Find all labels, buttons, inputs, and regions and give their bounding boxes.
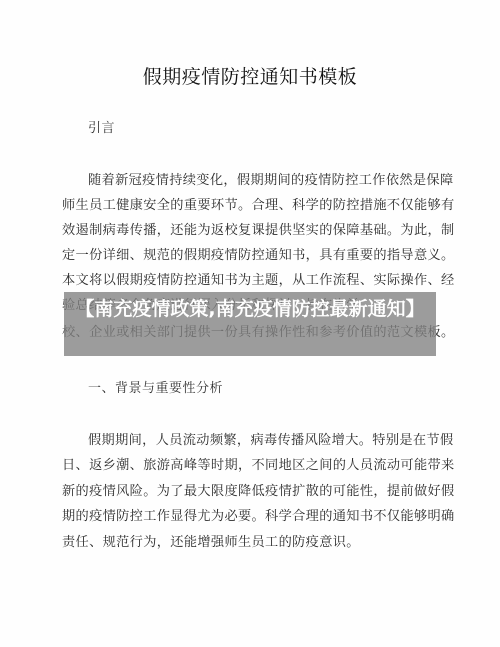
paragraph-line: 随着新冠疫情持续变化，假期期间的疫情防控工作依然是保障	[88, 173, 468, 189]
paragraph-line: 期的疫情防控工作显得尤为必要。科学合理的通知书不仅能够明确	[62, 509, 442, 525]
paragraph-line: 假期期间，人员流动频繁，病毒传播风险增大。特别是在节假	[88, 433, 468, 449]
paragraph-line: 新的疫情风险。为了最大限度降低疫情扩散的可能性，提前做好假	[62, 484, 442, 500]
section-heading-background: 一、背景与重要性分析	[88, 381, 223, 397]
paragraph-line: 日、返乡潮、旅游高峰等时期，不同地区之间的人员流动可能带来	[62, 458, 442, 474]
document-page: 假期疫情防控通知书模板 引言 随着新冠疫情持续变化，假期期间的疫情防控工作依然是…	[0, 0, 500, 647]
paragraph-line: 责任、规范行为，还能增强师生员工的防疫意识。	[62, 535, 442, 551]
document-title: 假期疫情防控通知书模板	[0, 62, 500, 89]
paragraph-line: 本文将以假期疫情防控通知书为主题，从工作流程、实际操作、经	[62, 273, 442, 289]
paragraph-line: 定一份详细、规范的假期疫情防控通知书，具有重要的指导意义。	[62, 248, 442, 264]
headline-overlay-text: 【南充疫情政策,南充疫情防控最新通知】	[64, 296, 436, 322]
section-heading-intro: 引言	[88, 121, 115, 137]
paragraph-line: 师生员工健康安全的重要环节。合理、科学的防控措施不仅能够有	[62, 198, 442, 214]
paragraph-line: 效遏制病毒传播，还能为返校复课提供坚实的保障基础。为此，制	[62, 223, 442, 239]
